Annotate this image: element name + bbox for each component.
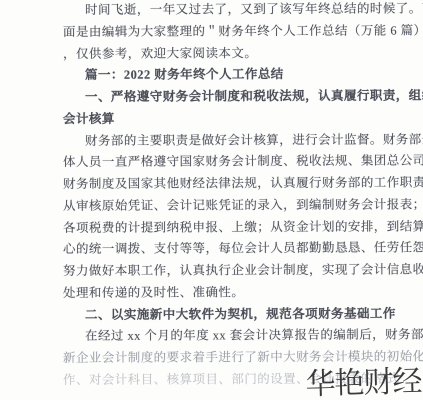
text-line: ，仅供参考，欢迎大家阅读本文。 (63, 42, 415, 65)
text-line: 面是由编辑为大家整理的＂财务年终个人工作总结（万能 6 篇）＂ (63, 20, 415, 43)
text-line: 在经过 xx 个月的年度 xx 套会计决算报告的编制后，财务部按 (63, 325, 415, 348)
document-text-block: 时间飞逝，一年又过去了，又到了该写年终总结的时候了。下 面是由编辑为大家整理的＂… (63, 0, 415, 392)
text-line: 财务部的主要职责是做好会计核算，进行会计监督。财务部全 (63, 129, 415, 152)
heading-line: 一、严格遵守财务会计制度和税收法规，认真履行职责，组织 (63, 85, 415, 108)
heading-line: 二、以实施新中大软件为契机，规范各项财务基础工作 (63, 303, 415, 326)
text-line: 时间飞逝，一年又过去了，又到了该写年终总结的时候了。下 (63, 0, 415, 22)
document-page: 时间飞逝，一年又过去了，又到了该写年终总结的时候了。下 面是由编辑为大家整理的＂… (0, 0, 423, 400)
text-line: 体人员一直严格遵守国家财务会计制度、税收法规、集团总公司的 (63, 151, 415, 174)
text-line: 各项税费的计提到纳税申报、上缴；从资金计划的安排，到结算中 (63, 216, 415, 239)
text-line: 财务制度及国家其他财经法律法规，认真履行财务部的工作职责。 (63, 172, 415, 195)
heading-line: 会计核算 (63, 107, 415, 130)
text-line: 心的统一调拨、支付等等，每位会计人员都勤勤恳恳、任劳任怨、 (63, 238, 415, 261)
text-line: 处理和传递的及时性、准确性。 (63, 281, 415, 304)
text-line: 从审核原始凭证、会计记账凭证的录入，到编制财务会计报表；从 (63, 194, 415, 217)
text-line: 努力做好本职工作，认真执行企业会计制度，实现了会计信息收集、 (63, 259, 415, 282)
watermark-text: 华艳财经 (305, 365, 422, 400)
section-title: 篇一：2022 财务年终个人工作总结 (63, 64, 415, 87)
